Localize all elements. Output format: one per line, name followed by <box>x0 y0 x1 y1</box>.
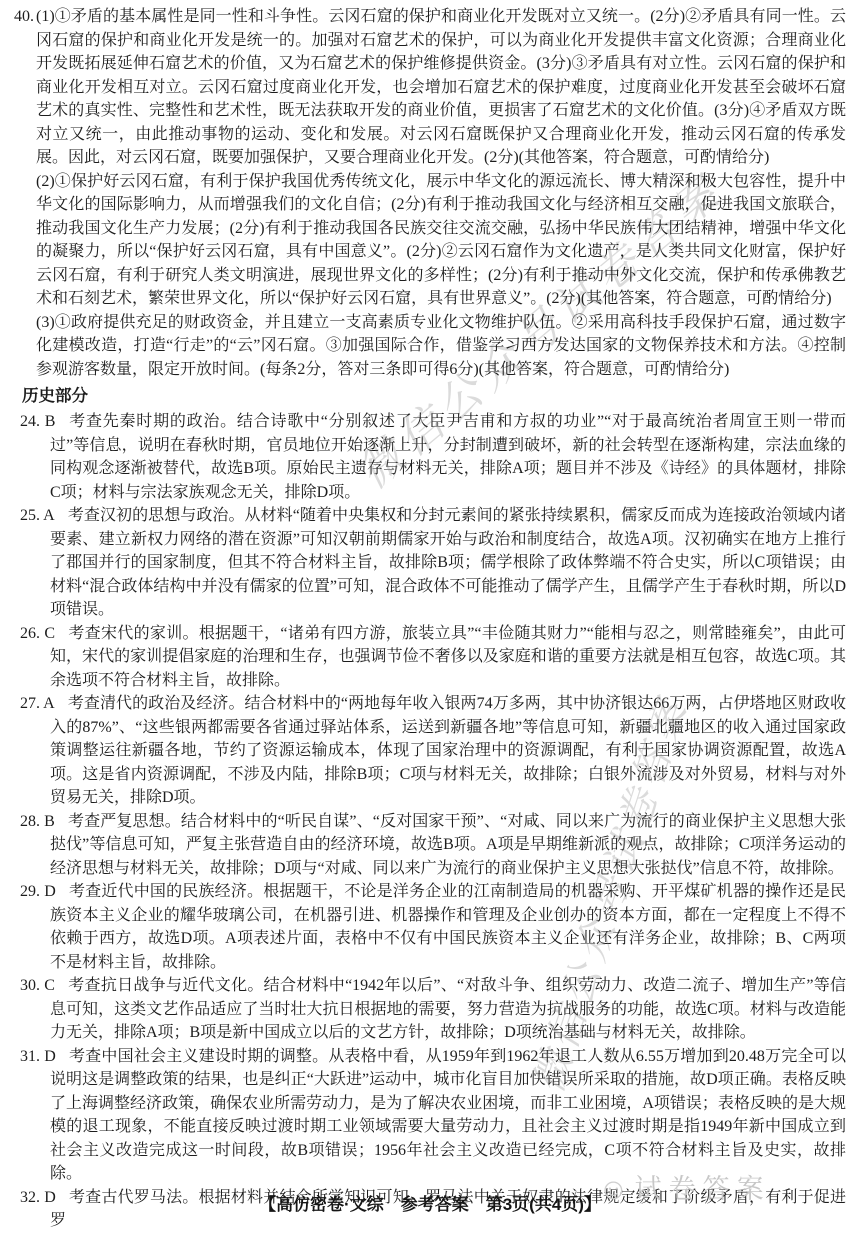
page-footer-text: 【高仿密卷·文综 参考答案 第3页(共4页)】 <box>259 1195 601 1214</box>
item-28-explanation: 考查严复思想。结合材料中的“听民自谋”、“反对国家干预”、“对咸、同以来广为流行… <box>50 813 846 877</box>
item-25-number: 25. A <box>20 507 68 524</box>
question-40-number: 40. <box>14 5 34 29</box>
answer-item-31: 31. D考查中国社会主义建设时期的调整。从表格中看，从1959年到1962年退… <box>0 1045 860 1186</box>
item-31-explanation: 考查中国社会主义建设时期的调整。从表格中看，从1959年到1962年退工人数从6… <box>50 1048 846 1183</box>
exam-answer-page: 微信公众号试卷答案 微信公众号试卷答案 40. (1)①矛盾的基本属性是同一性和… <box>0 0 860 1233</box>
item-26-explanation: 考查宋代的家训。根据题干，“诸弟有四方游，旅装立具”“丰俭随其财力”“能相与忍之… <box>50 625 846 689</box>
question-40-block: 40. (1)①矛盾的基本属性是同一性和斗争性。云冈石窟的保护和商业化开发既对立… <box>0 5 860 381</box>
answer-item-25: 25. A考查汉初的思想与政治。从材料“随着中央集权和分封元素间的紧张持续累积，… <box>0 504 860 622</box>
answer-item-27: 27. A考查清代的政治及经济。结合材料中的“两地每年收入银两74万多两，其中协… <box>0 692 860 810</box>
answer-item-28: 28. B考查严复思想。结合材料中的“听民自谋”、“反对国家干预”、“对咸、同以… <box>0 810 860 881</box>
question-40-part-3: (3)①政府提供充足的财政资金，并且建立一支高素质专业化文物维护队伍。②采用高科… <box>36 311 846 382</box>
item-29-explanation: 考查近代中国的民族经济。根据题干，不论是洋务企业的江南制造局的机器采购、开平煤矿… <box>50 883 846 971</box>
answer-item-24: 24. B考查先秦时期的政治。结合诗歌中“分别叙述了大臣尹吉甫和方叔的功业”“对… <box>0 410 860 504</box>
item-24-explanation: 考查先秦时期的政治。结合诗歌中“分别叙述了大臣尹吉甫和方叔的功业”“对于最高统治… <box>50 413 846 501</box>
item-31-number: 31. D <box>20 1048 69 1065</box>
answer-item-30: 30. C考查抗日战争与近代文化。结合材料中“1942年以后”、“对敌斗争、组织… <box>0 974 860 1045</box>
page-footer: 【高仿密卷·文综 参考答案 第3页(共4页)】 <box>0 1193 860 1217</box>
item-30-number: 30. C <box>20 977 68 994</box>
item-26-number: 26. C <box>20 625 68 642</box>
item-25-explanation: 考查汉初的思想与政治。从材料“随着中央集权和分封元素间的紧张持续累积，儒家反而成… <box>50 507 846 618</box>
answer-item-29: 29. D考查近代中国的民族经济。根据题干，不论是洋务企业的江南制造局的机器采购… <box>0 880 860 974</box>
history-section-heading: 历史部分 <box>22 384 860 408</box>
item-24-number: 24. B <box>20 413 68 430</box>
item-29-number: 29. D <box>20 883 69 900</box>
item-30-explanation: 考查抗日战争与近代文化。结合材料中“1942年以后”、“对敌斗争、组织劳动力、改… <box>50 977 846 1041</box>
question-40-part-1: (1)①矛盾的基本属性是同一性和斗争性。云冈石窟的保护和商业化开发既对立又统一。… <box>36 5 846 170</box>
item-27-explanation: 考查清代的政治及经济。结合材料中的“两地每年收入银两74万多两，其中协济银达66… <box>50 695 846 806</box>
answer-content: 40. (1)①矛盾的基本属性是同一性和斗争性。云冈石窟的保护和商业化开发既对立… <box>0 0 860 1233</box>
question-40-part-2: (2)①保护好云冈石窟，有利于保护我国优秀传统文化，展示中华文化的源远流长、博大… <box>36 170 846 311</box>
item-27-number: 27. A <box>20 695 68 712</box>
item-28-number: 28. B <box>20 813 68 830</box>
answer-item-26: 26. C考查宋代的家训。根据题干，“诸弟有四方游，旅装立具”“丰俭随其财力”“… <box>0 622 860 693</box>
